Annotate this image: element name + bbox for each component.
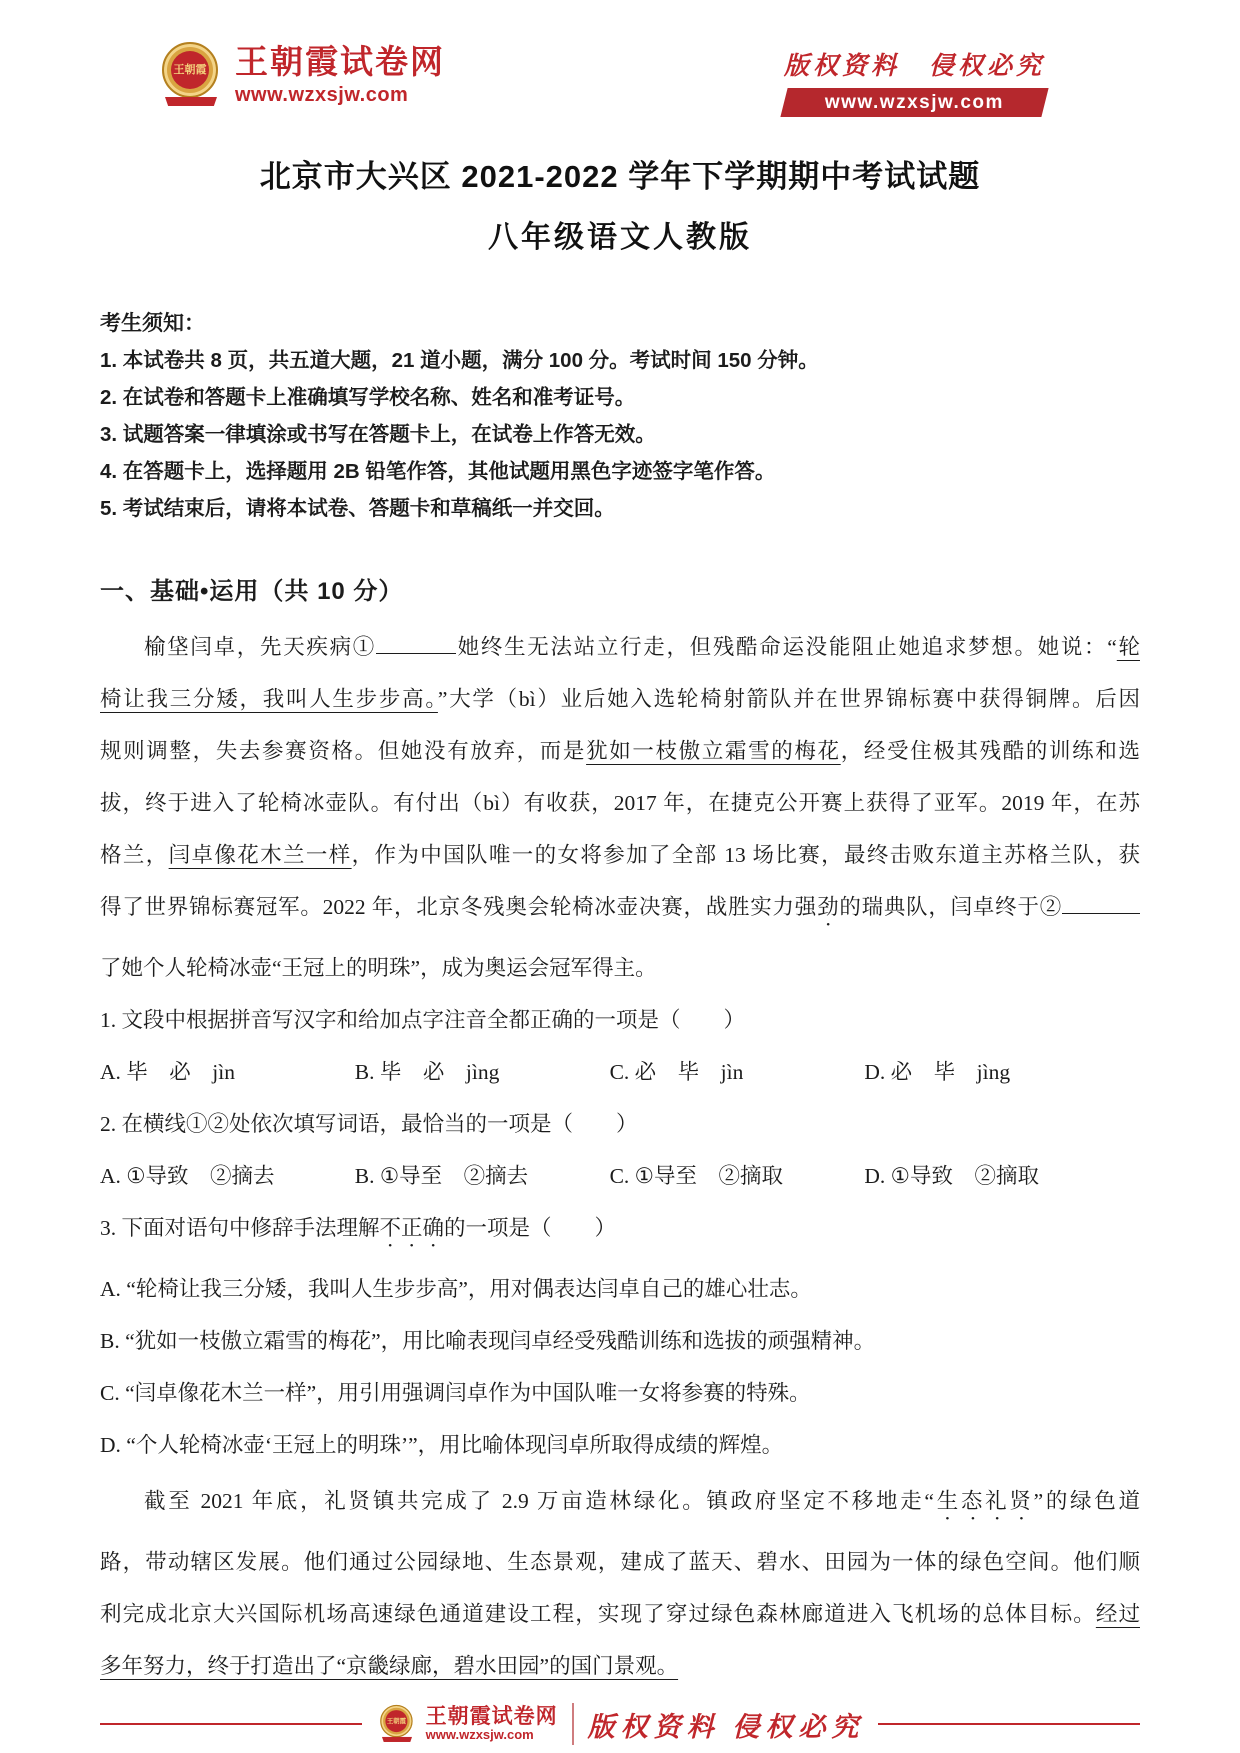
logo-seal-icon: 王朝霞 bbox=[162, 42, 220, 108]
question-2-option-c: C. ①导至 ②摘取 bbox=[610, 1161, 865, 1191]
footer-rule-right bbox=[878, 1723, 1140, 1725]
footer-rule-left bbox=[100, 1723, 362, 1725]
passage-2: 截至 2021 年底，礼贤镇共完成了 2.9 万亩造林绿化。镇政府坚定不移地走“… bbox=[100, 1486, 1140, 1703]
copyright-block: 版权资料 侵权必究 www.wzxsjw.com bbox=[784, 42, 1045, 117]
copyright-slogan: 版权资料 侵权必究 bbox=[784, 46, 1045, 82]
logo-title: 王朝霞试卷网 bbox=[235, 44, 445, 80]
question-2-option-a: A. ①导致 ②摘去 bbox=[100, 1161, 355, 1191]
logo-url: www.wzxsjw.com bbox=[235, 84, 445, 106]
footer-logo-title: 王朝霞试卷网 bbox=[426, 1706, 558, 1728]
footer-divider bbox=[572, 1703, 574, 1745]
notice-heading: 考生须知： bbox=[100, 306, 1140, 342]
seal-text: 王朝霞 bbox=[171, 51, 209, 89]
notice-item-2: 2. 在试卷和答题卡上准确填写学校名称、姓名和准考证号。 bbox=[100, 379, 1140, 416]
question-3-option-a: A. “轮椅让我三分矮，我叫人生步步高”，用对偶表达闫卓自己的雄心壮志。 bbox=[100, 1274, 1140, 1304]
question-1-stem: 1. 文段中根据拼音写汉字和给加点字注音全都正确的一项是（ ） bbox=[100, 1005, 1140, 1035]
exam-title: 北京市大兴区 2021-2022 学年下学期期中考试试题 bbox=[100, 151, 1140, 196]
page-footer: 王朝霞 王朝霞试卷网 www.wzxsjw.com 版权资料 侵权必究 bbox=[100, 1703, 1140, 1745]
passage-1-line-2: 椅让我三分矮，我叫人生步步高。”大学（bì）业后她入选轮椅射箭队并在世界锦标赛中… bbox=[100, 684, 1140, 714]
passage-1-line-7: 了她个人轮椅冰壶“王冠上的明珠”，成为奥运会冠军得主。 bbox=[100, 953, 1140, 983]
footer-logo-url: www.wzxsjw.com bbox=[426, 1728, 558, 1742]
url-banner: www.wzxsjw.com bbox=[780, 88, 1048, 117]
question-3-option-b: B. “犹如一枝傲立霜雪的梅花”，用比喻表现闫卓经受残酷训练和选拔的顽强精神。 bbox=[100, 1326, 1140, 1356]
footer-slogan: 版权资料 侵权必究 bbox=[588, 1705, 865, 1744]
question-1-option-b: B. 毕 必 jìng bbox=[355, 1057, 610, 1087]
passage-2-line-4: 多年努力，终于打造出了“京畿绿廊，碧水田园”的国门景观。 bbox=[100, 1651, 1140, 1681]
question-2-option-b: B. ①导至 ②摘去 bbox=[355, 1161, 610, 1191]
section-1-heading: 一、基础•运用（共 10 分） bbox=[100, 571, 1140, 606]
notice-item-3: 3. 试题答案一律填涂或书写在答题卡上，在试卷上作答无效。 bbox=[100, 416, 1140, 453]
question-1-options: A. 毕 必 jìn B. 毕 必 jìng C. 必 毕 jìn D. 必 毕… bbox=[100, 1057, 1140, 1087]
notice-item-4: 4. 在答题卡上，选择题用 2B 铅笔作答，其他试题用黑色字迹签字笔作答。 bbox=[100, 453, 1140, 490]
notice-section: 考生须知： 1. 本试卷共 8 页，共五道大题，21 道小题，满分 100 分。… bbox=[100, 306, 1140, 527]
passage-2-line-2: 路，带动辖区发展。他们通过公园绿地、生态景观，建成了蓝天、碧水、田园为一体的绿色… bbox=[100, 1547, 1140, 1577]
exam-subtitle: 八年级语文人教版 bbox=[100, 212, 1140, 256]
passage-1-line-6: 得了世界锦标赛冠军。2022 年，北京冬残奥会轮椅冰壶决赛，战胜实力强劲的瑞典队… bbox=[100, 892, 1140, 931]
question-1-option-c: C. 必 毕 jìn bbox=[610, 1057, 865, 1087]
notice-item-1: 1. 本试卷共 8 页，共五道大题，21 道小题，满分 100 分。考试时间 1… bbox=[100, 342, 1140, 379]
question-3-option-d: D. “个人轮椅冰壶‘王冠上的明珠’”，用比喻体现闫卓所取得成绩的辉煌。 bbox=[100, 1430, 1140, 1460]
question-2-options: A. ①导致 ②摘去 B. ①导至 ②摘去 C. ①导至 ②摘取 D. ①导致 … bbox=[100, 1161, 1140, 1191]
question-2-stem: 2. 在横线①②处依次填写词语，最恰当的一项是（ ） bbox=[100, 1109, 1140, 1139]
site-logo: 王朝霞 王朝霞试卷网 www.wzxsjw.com bbox=[162, 42, 445, 108]
passage-1-line-4: 拔，终于进入了轮椅冰壶队。有付出（bì）有收获，2017 年，在捷克公开赛上获得… bbox=[100, 788, 1140, 818]
notice-item-5: 5. 考试结束后，请将本试卷、答题卡和草稿纸一并交回。 bbox=[100, 490, 1140, 527]
question-1-option-a: A. 毕 必 jìn bbox=[100, 1057, 355, 1087]
passage-1: 榆垡闫卓，先天疾病①她终生无法站立行走，但残酷命运没能阻止她追求梦想。她说：“轮… bbox=[100, 632, 1140, 1005]
passage-2-line-3: 利完成北京大兴国际机场高速绿色通道建设工程，实现了穿过绿色森林廊道进入飞机场的总… bbox=[100, 1599, 1140, 1629]
seal-ribbon bbox=[165, 97, 217, 106]
footer-logo: 王朝霞 王朝霞试卷网 www.wzxsjw.com bbox=[376, 1703, 558, 1745]
passage-1-line-1: 榆垡闫卓，先天疾病①她终生无法站立行走，但残酷命运没能阻止她追求梦想。她说：“轮 bbox=[100, 632, 1140, 662]
page-header: 王朝霞 王朝霞试卷网 www.wzxsjw.com 版权资料 侵权必究 www.… bbox=[162, 42, 1045, 117]
question-1-option-d: D. 必 毕 jìng bbox=[864, 1057, 1140, 1087]
question-3-stem: 3. 下面对语句中修辞手法理解不正确的一项是（ ） bbox=[100, 1213, 1140, 1252]
footer-seal-icon: 王朝霞 bbox=[380, 1705, 414, 1743]
passage-2-line-1: 截至 2021 年底，礼贤镇共完成了 2.9 万亩造林绿化。镇政府坚定不移地走“… bbox=[100, 1486, 1140, 1525]
passage-1-line-3: 规则调整，失去参赛资格。但她没有放弃，而是犹如一枝傲立霜雪的梅花，经受住极其残酷… bbox=[100, 736, 1140, 766]
question-2-option-d: D. ①导致 ②摘取 bbox=[864, 1161, 1140, 1191]
url-banner-text: www.wzxsjw.com bbox=[825, 92, 1004, 114]
passage-1-line-5: 格兰，闫卓像花木兰一样，作为中国队唯一的女将参加了全部 13 场比赛，最终击败东… bbox=[100, 840, 1140, 870]
question-3-option-c: C. “闫卓像花木兰一样”，用引用强调闫卓作为中国队唯一女将参赛的特殊。 bbox=[100, 1378, 1140, 1408]
exam-page: 王朝霞 王朝霞试卷网 www.wzxsjw.com 版权资料 侵权必究 www.… bbox=[0, 0, 1240, 1753]
